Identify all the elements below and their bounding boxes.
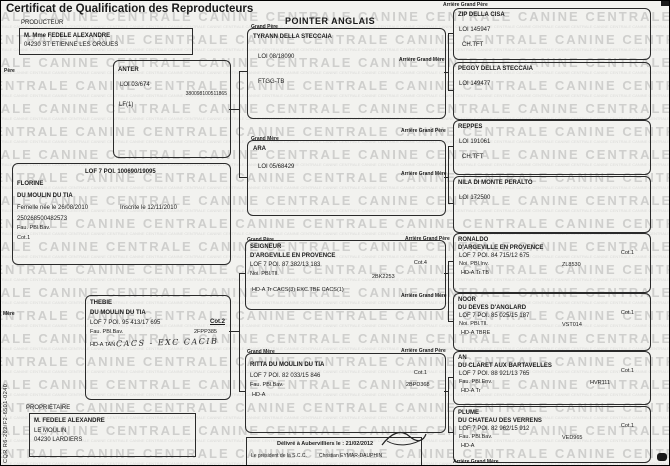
agp7-name: AN	[458, 355, 467, 361]
gp4-health: HD-A	[252, 393, 265, 399]
gp4-cotation: Cot.1	[414, 371, 427, 377]
agp4-registration: LOI 172500	[459, 195, 490, 201]
pere-registration: LOI 03/674	[120, 82, 150, 88]
agp7-registration: LOF 7 POI. 88 921/13 765	[459, 371, 529, 377]
agp6-kennel: DU DEVES D'ANGLARD	[458, 305, 526, 311]
agp7-cotation: Cot.1	[621, 369, 634, 375]
pedigree-box-agp8: PLUME DU CHATEAU DES VERRENS LOF 7 POI. …	[453, 406, 651, 463]
agp6-health: HD-A TBRE	[461, 331, 490, 337]
agp8-health: HD-A	[461, 444, 474, 450]
gp2-name: ARA	[253, 146, 266, 152]
producteur-box: M. Mme FEDELE ALEXANDRE 04230 ST ETIENNE…	[19, 28, 193, 55]
agp-label-7: Arrière Grand Père	[401, 348, 446, 354]
connector	[448, 33, 449, 91]
certificate-page: CENTRALE CANINE CENTRALE CANINE CENTRALE…	[0, 0, 670, 466]
pedigree-box-grandpere-paternel: TYRANN DELLA STECCAIA LOI 08/18090 FTGG-…	[247, 28, 446, 119]
gp3-tattoo: 2BK2253	[372, 275, 395, 281]
pere-chip: 380098100511865	[186, 92, 227, 97]
gp1-registration: LOI 08/18090	[258, 54, 294, 60]
proprietaire-box: M. FEDELE ALEXANDRE LE MOULIN 04230 LARD…	[29, 413, 196, 457]
grand-mere-label-2: Grand Mère	[247, 349, 275, 355]
pedigree-box-agp1: ZIP DELLA CISA LOI 145947 CH.TFT	[453, 8, 651, 60]
gp1-name: TYRANN DELLA STECCAIA	[253, 34, 332, 40]
connector	[239, 273, 245, 274]
gp3-kennel: D'ARGEVILLE EN PROVENCE	[250, 253, 335, 259]
gp4-coat: Fau. PBl.Bav.	[250, 383, 283, 389]
agp5-kennel: D'ARGEVILLE EN PROVENCE	[458, 245, 543, 251]
pedigree-box-grandpere-maternel: SEIGNEUR D'ARGEVILLE EN PROVENCE LOF 7 P…	[245, 240, 446, 310]
connector	[229, 331, 239, 332]
gp4-registration: LOF 7 POI. 82 033/15 846	[250, 373, 320, 379]
pedigree-box-grandmere-paternelle: ARA LOI 05/68429	[247, 140, 446, 216]
agp8-name: PLUME	[458, 410, 479, 416]
grand-pere-label-1: Grand Père	[251, 24, 278, 30]
agp-label-8: Arrière Grand Mère	[453, 459, 499, 465]
connector	[448, 261, 453, 262]
agp7-health: HD-A Tr	[461, 389, 481, 395]
page-title: Certificat de Qualification des Reproduc…	[6, 4, 253, 16]
producteur-name: M. Mme FEDELE ALEXANDRE	[24, 33, 110, 39]
agp7-coat: Fau. PBl.Env.	[459, 380, 492, 386]
connector	[239, 273, 240, 392]
connector	[239, 71, 240, 178]
gp4-name: RITTA DU MOULIN DU TIA	[250, 362, 324, 368]
agp8-kennel: DU CHATEAU DES VERRENS	[458, 418, 542, 424]
agp2-name: PEGGY DELLA STECCAIA	[458, 66, 533, 72]
mere-cotation: Cot.2	[210, 319, 225, 325]
connector	[448, 33, 453, 34]
subject-name: FLORINE	[17, 181, 43, 187]
agp6-cotation: Cot.1	[621, 311, 634, 317]
agp6-registration: LOF 7 POI. 85 025/15 187	[459, 313, 529, 319]
producteur-label: PRODUCTEUR	[21, 20, 63, 26]
pedigree-box-agp4: NILA DI MONTE PERALTO LOI 172500	[453, 176, 651, 233]
pedigree-box-agp6: NOOR DU DEVES D'ANGLARD LOF 7 POI. 85 02…	[453, 293, 651, 351]
pedigree-box-grandmere-maternelle: RITTA DU MOULIN DU TIA LOF 7 POI. 82 033…	[245, 353, 446, 433]
pere-label: Père	[4, 68, 15, 74]
issue-date-line: Délivré à Aubervilliers le : 21/02/2012	[277, 442, 373, 448]
mere-kennel: DU MOULIN DU TIA	[90, 310, 146, 316]
agp5-registration: LOF 7 POI. 84 715/12 675	[459, 253, 529, 259]
mere-tattoo: 2FPP385	[194, 330, 217, 336]
mere-coat: Fau. PBl.Bav.	[90, 330, 123, 336]
agp-label-5: Arrière Grand Père	[405, 236, 450, 242]
gp3-registration: LOF 7 POI. 87 382/13 183	[250, 262, 320, 268]
connector	[448, 377, 453, 378]
subject-kennel: DU MOULIN DU TIA	[17, 193, 73, 199]
connector	[229, 109, 239, 110]
connector	[448, 203, 453, 204]
agp-label-4: Arrière Grand Mère	[401, 171, 447, 177]
agp-label-2: Arrière Grand Mère	[399, 57, 445, 63]
connector	[448, 146, 453, 147]
connector	[448, 90, 453, 91]
mere-label: Mère	[3, 311, 15, 317]
proprietaire-address2: 04230 LARDIERS	[34, 437, 82, 443]
president-signature	[379, 425, 429, 451]
agp7-tattoo: HVR111	[590, 381, 610, 387]
proprietaire-address1: LE MOULIN	[34, 428, 66, 434]
gp3-cotation: Cot.4	[414, 261, 427, 267]
gp4-tattoo: 2BPD368	[406, 383, 430, 389]
agp-label-6: Arrière Grand Mère	[401, 293, 447, 299]
agp8-registration: LOF 7 POI. 82 962/15 912	[459, 426, 529, 432]
agp8-cotation: Cot.1	[621, 424, 634, 430]
subject-coat: Fau. PBl.Bav.	[17, 226, 50, 232]
subject-birth: Femelle née le 26/08/2010	[17, 205, 88, 211]
agp3-title: CH.TFT	[462, 154, 483, 160]
connector	[448, 321, 453, 322]
gp3-health: HD-A Tr CACS(3) EXC.TBE CACS(1)	[252, 288, 344, 294]
agp4-name: NILA DI MONTE PERALTO	[458, 180, 533, 186]
agp5-name: RONALDO	[458, 237, 488, 243]
subject-chip: 250268500482573	[17, 216, 67, 222]
pedigree-box-subject: LOF 7 POI. 100690/19095 FLORINE DU MOULI…	[12, 163, 231, 265]
gp3-coat: Noi. PBl.Tll.	[250, 272, 279, 278]
pedigree-box-agp3: REPPES LOI 191061 CH.TFT	[453, 120, 651, 175]
gp2-registration: LOI 05/68429	[258, 164, 294, 170]
issue-president-name: Christian EYMAR-DAUPHIN	[319, 454, 382, 459]
agp6-coat: Noi. PBl.Tll.	[459, 322, 488, 328]
subject-registration: LOF 7 POI. 100690/19095	[85, 169, 156, 175]
subject-inscription: Inscrite le 12/11/2010	[120, 205, 177, 211]
pedigree-box-pere: ANTER LOI 03/674 380098100511865 LF(1)	[113, 60, 231, 158]
breed-title: POINTER ANGLAIS	[285, 17, 375, 26]
issue-president-label: Le président de la S.C.C.	[251, 454, 307, 459]
connector	[239, 391, 245, 392]
agp-label-1: Arrière Grand Père	[443, 2, 488, 8]
connector	[448, 377, 449, 433]
agp3-name: REPPES	[458, 124, 482, 130]
agp6-name: NOOR	[458, 297, 476, 303]
agp5-tattoo: ZL8530	[562, 263, 581, 269]
agp6-tattoo: VST014	[562, 323, 582, 329]
subject-cotation: Cot.1	[17, 236, 30, 242]
connector	[239, 71, 247, 72]
gp3-name: SEIGNEUR	[250, 244, 281, 250]
pedigree-box-agp7: AN DU CLARET AUX BARTAVELLES LOF 7 POI. …	[453, 351, 651, 405]
scan-artifact	[657, 453, 667, 461]
agp1-title: CH.TFT	[462, 42, 483, 48]
grand-pere-label-2: Grand Père	[247, 237, 274, 243]
agp5-coat: Noi. PBl.Inv.	[459, 262, 489, 268]
mere-health: HD-A TAN	[90, 343, 115, 349]
gp1-title: FTGG-TB	[258, 79, 284, 85]
connector	[448, 261, 449, 321]
pedigree-box-mere: THEBIE DU MOULIN DU TIA LOF 7 POI. 95 41…	[85, 295, 231, 400]
connector	[239, 177, 247, 178]
scan-artifact	[661, 1, 670, 6]
grand-mere-label-1: Grand Mère	[251, 136, 279, 142]
pere-extra: LF(1)	[119, 102, 133, 108]
agp2-registration: LOI 149477	[459, 81, 490, 87]
agp1-name: ZIP DELLA CISA	[458, 12, 505, 18]
connector	[448, 146, 449, 204]
agp3-registration: LOI 191061	[459, 139, 490, 145]
agp7-kennel: DU CLARET AUX BARTAVELLES	[458, 363, 552, 369]
mere-registration: LOF 7 POI. 95 413/17 695	[90, 320, 160, 326]
proprietaire-label: PROPRIETAIRE	[26, 405, 70, 411]
agp8-coat: Fau. PBl.Bav.	[459, 435, 492, 441]
producteur-address: 04230 ST ETIENNE LES ORGUES	[24, 42, 118, 48]
agp1-registration: LOI 145947	[459, 27, 490, 33]
pere-name: ANTER	[118, 67, 139, 73]
agp8-tattoo: VED965	[562, 436, 583, 442]
connector	[448, 432, 453, 433]
agp-label-3: Arrière Grand Père	[401, 128, 446, 134]
proprietaire-name: M. FEDELE ALEXANDRE	[34, 418, 105, 424]
pedigree-box-agp5: RONALDO D'ARGEVILLE EN PROVENCE LOF 7 PO…	[453, 233, 651, 293]
form-reference-code: CQR R6-202/F2-6501-0240	[3, 384, 9, 463]
pedigree-box-agp2: PEGGY DELLA STECCAIA LOI 149477	[453, 62, 651, 120]
mere-handwritten-results: CACS - EXC CACIB	[116, 338, 219, 349]
agp5-health: HD-A Tr TB	[461, 271, 489, 277]
mere-name: THEBIE	[90, 300, 112, 306]
agp5-cotation: Cot.1	[621, 251, 634, 257]
